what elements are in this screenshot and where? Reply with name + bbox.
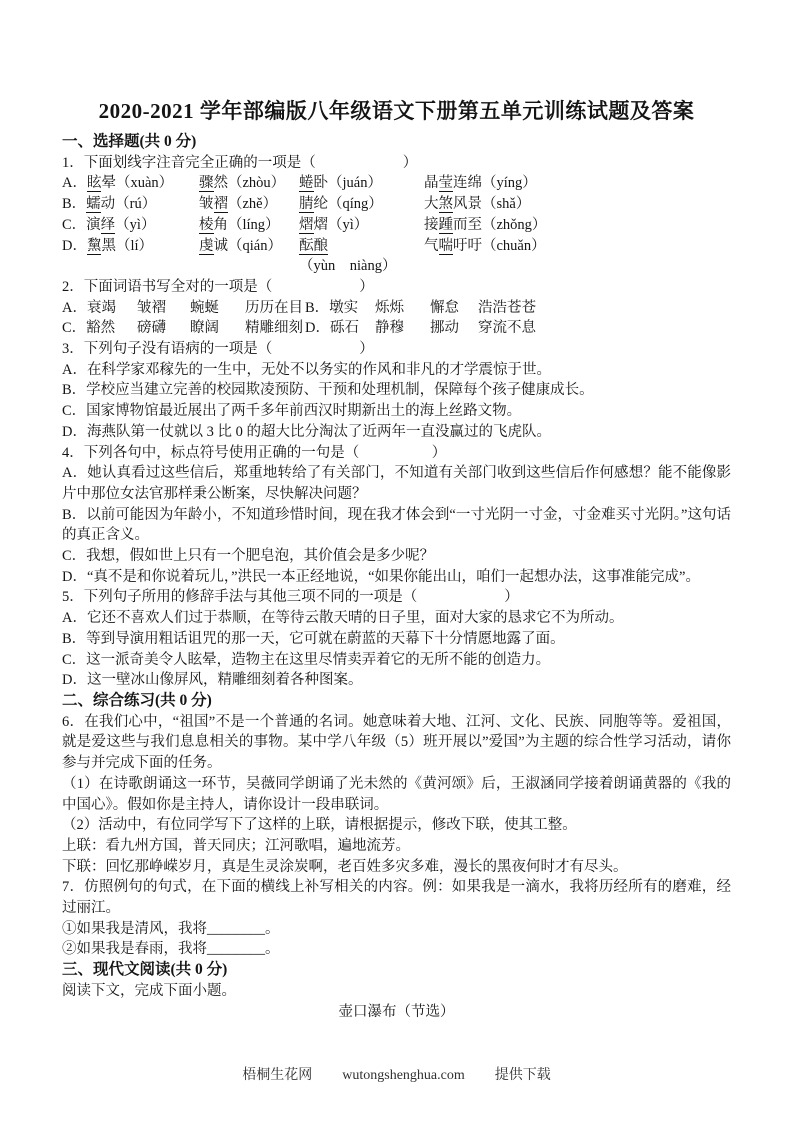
q6-xialian: 下联：回忆那峥嵘岁月，真是生灵涂炭啊，老百姓多灾多难，漫长的黑夜何时才有尽头。 [62, 857, 731, 878]
q1-option-row-c: C．演绎（yì） 棱角（líng） 熠熠（yì） 接踵而至（zhǒng） [62, 215, 731, 236]
q2-word: 烁烁 [375, 298, 430, 319]
q2-word: 皱褶 [137, 298, 190, 319]
q1-c-word-1: C．演绎（yì） [62, 215, 199, 236]
q1-b-word-4: 大煞风景（shǎ） [424, 194, 731, 215]
q4-option-d: D．“真不是和你说着玩儿，”洪民一本正经地说，“如果你能出山，咱们一起想办法，这… [62, 567, 731, 588]
q2-word: 精雕细刻 [245, 318, 305, 339]
q2-word: B．墩实 [305, 298, 375, 319]
q4-option-a: A．她认真看过这些信后，郑重地转给了有关部门，不知道有关部门收到这些信后作何感想… [62, 463, 731, 504]
q2-word: 蜿蜒 [190, 298, 245, 319]
q1-c-word-2: 棱角（líng） [199, 215, 299, 236]
q6-text: 6．在我们心中，“祖国”不是一个普通的名词。她意味着大地、江河、文化、民族、同胞… [62, 712, 731, 774]
q2-word: 瞭阔 [190, 318, 245, 339]
q7-blank-2: ②如果我是春雨，我将________。 [62, 939, 731, 960]
q2-option-row-ab: A．衰竭 皱褶 蜿蜒 历历在目 B．墩实 烁烁 懈怠 浩浩苍苍 [62, 298, 731, 319]
q1-b-word-3: 腈纶（qíng） [299, 194, 424, 215]
q2-word: C．豁然 [62, 318, 137, 339]
q2-word: 懈怠 [430, 298, 478, 319]
q3-option-b: B．学校应当建立完善的校园欺凌预防、干预和处理机制，保障每个孩子健康成长。 [62, 380, 731, 401]
q1-d-word-2: 虔诚（qián） [199, 236, 299, 277]
q6-part1: （1）在诗歌朗诵这一环节，吴薇同学朗诵了光未然的《黄河颂》后，王淑涵同学接着朗诵… [62, 774, 731, 815]
q5-option-d: D．这一壁冰山像屏风，精雕细刻着各种图案。 [62, 670, 731, 691]
q4-option-c: C．我想，假如世上只有一个肥皂泡，其价值会是多少呢？ [62, 546, 731, 567]
q5-option-c: C．这一派奇美令人眩晕，造物主在这里尽情卖弄着它的无所不能的创造力。 [62, 650, 731, 671]
q1-b-word-1: B．蠕动（rú） [62, 194, 199, 215]
q2-word: 静穆 [375, 318, 430, 339]
q1-option-row-d: D．黧黑（lí） 虔诚（qián） 酝酿（yùn niàng） 气喘吁吁（chu… [62, 236, 731, 277]
q1-c-word-3: 熠熠（yì） [299, 215, 424, 236]
q6-shanglian: 上联：看九州方国，普天同庆；江河歌唱，遍地流芳。 [62, 836, 731, 857]
q1-stem: 1．下面划线字注音完全正确的一项是（ ） [62, 153, 731, 174]
q6-part2: （2）活动中，有位同学写下了这样的上联，请根据提示，修改下联，使其工整。 [62, 815, 731, 836]
q5-option-b: B．等到导演用粗话诅咒的那一天，它可就在蔚蓝的天幕下十分情愿地露了面。 [62, 629, 731, 650]
page-title: 2020-2021 学年部编版八年级语文下册第五单元训练试题及答案 [62, 0, 731, 126]
q7-blank-1: ①如果我是清风，我将________。 [62, 919, 731, 940]
q3-option-d: D．海燕队第一仗就以 3 比 0 的超大比分淘汰了近两年一直没赢过的飞虎队。 [62, 422, 731, 443]
q4-stem: 4．下列各句中，标点符号使用正确的一句是（ ） [62, 443, 731, 464]
footer-download-note: 提供下载 [495, 1066, 551, 1086]
q1-a-word-4: 晶莹连绵（yíng） [424, 173, 731, 194]
footer-site-name: 梧桐生花网 [242, 1066, 312, 1086]
section-3-heading: 三、现代文阅读(共 0 分) [62, 960, 731, 981]
paper-content: 2020-2021 学年部编版八年级语文下册第五单元训练试题及答案 一、选择题(… [0, 0, 793, 1022]
q1-a-word-3: 蜷卧（juán） [299, 173, 424, 194]
passage-title: 壶口瀑布（节选） [62, 1002, 731, 1023]
q2-word: 穿流不息 [478, 318, 731, 339]
q1-c-word-4: 接踵而至（zhǒng） [424, 215, 731, 236]
q2-word: 浩浩苍苍 [478, 298, 731, 319]
q2-stem: 2．下面词语书写全对的一项是（ ） [62, 277, 731, 298]
q1-d-word-4: 气喘吁吁（chuǎn） [424, 236, 731, 277]
test-paper-page: 2020-2021 学年部编版八年级语文下册第五单元训练试题及答案 一、选择题(… [0, 0, 793, 1122]
q3-option-a: A．在科学家邓稼先的一生中，无处不以务实的作风和非凡的才学震惊于世。 [62, 360, 731, 381]
q1-b-word-2: 皱褶（zhě） [199, 194, 299, 215]
q2-word: 挪动 [430, 318, 478, 339]
q1-option-row-b: B．蠕动（rú） 皱褶（zhě） 腈纶（qíng） 大煞风景（shǎ） [62, 194, 731, 215]
q2-word: 历历在目 [245, 298, 305, 319]
q1-a-word-1: A．眩晕（xuàn） [62, 173, 199, 194]
q3-option-c: C．国家博物馆最近展出了两千多年前西汉时期新出土的海上丝路文物。 [62, 401, 731, 422]
q5-stem: 5．下列句子所用的修辞手法与其他三项不同的一项是（ ） [62, 587, 731, 608]
q2-word: D．砾石 [305, 318, 375, 339]
q2-word: A．衰竭 [62, 298, 137, 319]
q2-word: 磅礴 [137, 318, 190, 339]
reading-intro: 阅读下文，完成下面小题。 [62, 981, 731, 1002]
section-1-heading: 一、选择题(共 0 分) [62, 132, 731, 153]
q1-a-word-2: 骤然（zhòu） [199, 173, 299, 194]
q2-option-row-cd: C．豁然 磅礴 瞭阔 精雕细刻 D．砾石 静穆 挪动 穿流不息 [62, 318, 731, 339]
q1-d-word-3: 酝酿（yùn niàng） [299, 236, 424, 277]
page-footer: 梧桐生花网 wutongshenghua.com 提供下载 [0, 1066, 793, 1086]
q4-option-b: B．以前可能因为年龄小，不知道珍惜时间，现在我才体会到“一寸光阴一寸金，寸金难买… [62, 505, 731, 546]
q5-option-a: A．它还不喜欢人们过于恭顺，在等待云散天晴的日子里，面对大家的恳求它不为所动。 [62, 608, 731, 629]
q1-option-row-a: A．眩晕（xuàn） 骤然（zhòu） 蜷卧（juán） 晶莹连绵（yíng） [62, 173, 731, 194]
q3-stem: 3．下列句子没有语病的一项是（ ） [62, 339, 731, 360]
q1-d-word-1: D．黧黑（lí） [62, 236, 199, 277]
q7-text: 7．仿照例句的句式，在下面的横线上补写相关的内容。例：如果我是一滴水，我将历经所… [62, 877, 731, 918]
section-2-heading: 二、综合练习(共 0 分) [62, 691, 731, 712]
footer-site-url: wutongshenghua.com [342, 1066, 464, 1086]
